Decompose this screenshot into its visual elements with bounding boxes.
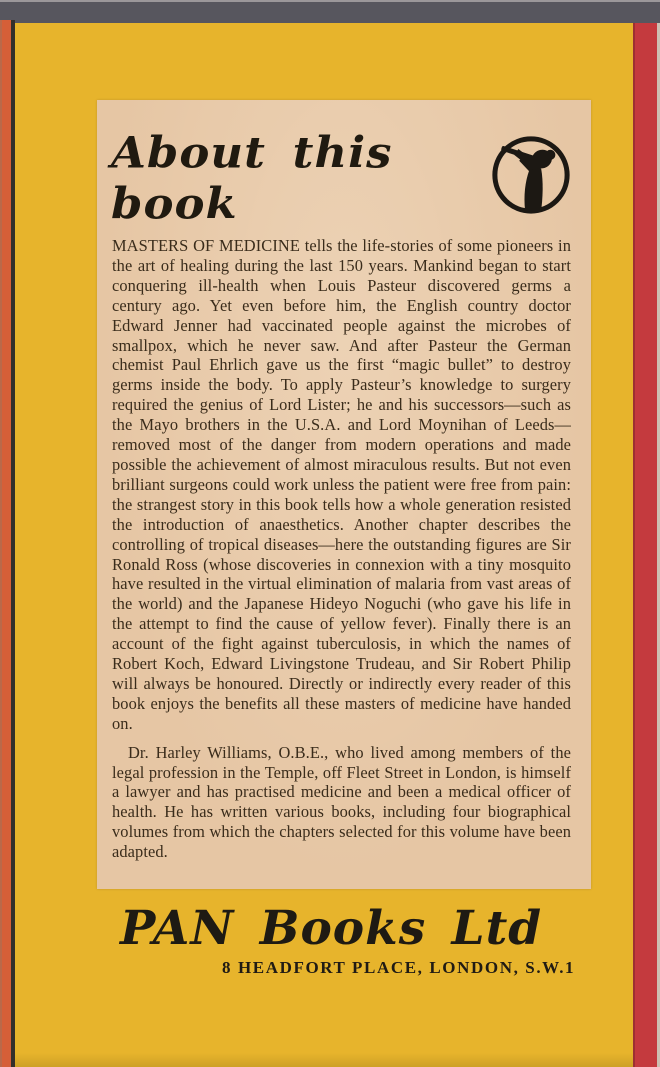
panel-header: About this book	[97, 100, 591, 222]
panel-title: About this book	[111, 127, 489, 229]
publisher-address: 8 HEADFORT PLACE, LONDON, S.W.1	[222, 958, 660, 978]
author-note-paragraph: Dr. Harley Williams, O.B.E., who lived a…	[112, 743, 571, 862]
publisher-name: PAN Books Ltd	[120, 903, 660, 955]
about-panel: About this book	[97, 100, 591, 889]
publisher-imprint: PAN Books Ltd 8 HEADFORT PLACE, LONDON, …	[0, 903, 660, 978]
pan-piper-logo	[489, 133, 573, 217]
blurb-paragraph: MASTERS OF MEDICINE tells the life-stori…	[112, 236, 571, 734]
top-scan-edge	[0, 0, 660, 23]
bottom-scan-shade	[15, 1053, 633, 1067]
